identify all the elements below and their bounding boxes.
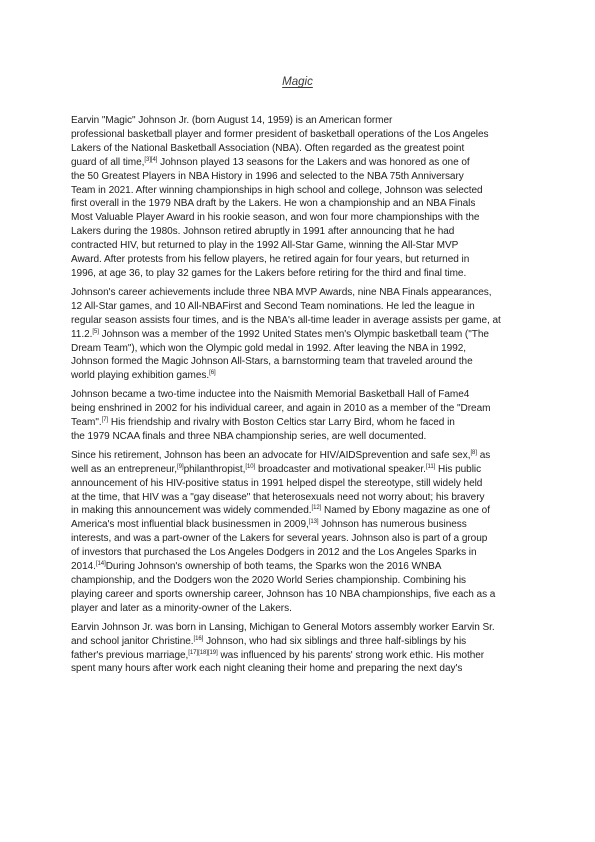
text-run: Dream Team"), which won the Olympic gold… [71, 343, 466, 354]
text-line: Team".[7] His friendship and rivalry wit… [71, 416, 533, 430]
text-line: 2014.[14]During Johnson's ownership of b… [71, 560, 533, 574]
text-run: Earvin Johnson Jr. was born in Lansing, … [71, 622, 495, 633]
text-line: Dream Team"), which won the Olympic gold… [71, 342, 533, 356]
text-run: first overall in the 1979 NBA draft by t… [71, 198, 475, 209]
text-run: His friendship and rivalry with Boston C… [108, 417, 455, 428]
text-run: Most Valuable Player Award in his rookie… [71, 212, 479, 223]
text-line: Johnson's career achievements include th… [71, 286, 533, 300]
text-run: Johnson has numerous business [319, 519, 467, 530]
text-run: 2014. [71, 561, 96, 572]
text-run: the 1979 NCAA finals and three NBA champ… [71, 431, 426, 442]
text-line: contracted HIV, but returned to play in … [71, 239, 533, 253]
text-run: Johnson's career achievements include th… [71, 287, 491, 298]
text-line: Johnson became a two-time inductee into … [71, 388, 533, 402]
text-run: Earvin "Magic" Johnson Jr. (born August … [71, 115, 392, 126]
text-run: was influenced by his parents' strong wo… [218, 650, 484, 661]
text-run: His public [435, 464, 481, 475]
text-run: player and later as a minority-owner of … [71, 603, 292, 614]
text-run: Johnson, who had six siblings and three … [203, 636, 466, 647]
text-line: world playing exhibition games.[6] [71, 369, 533, 383]
text-run: Johnson formed the Magic Johnson All-Sta… [71, 356, 473, 367]
text-run: America's most influential black busines… [71, 519, 309, 530]
text-line: Award. After protests from his fellow pl… [71, 253, 533, 267]
citation-link[interactable]: [6] [209, 370, 216, 376]
text-line: 1996, at age 36, to play 32 games for th… [71, 267, 533, 281]
text-run: Lakers of the National Basketball Associ… [71, 143, 464, 154]
text-line: being enshrined in 2002 for his individu… [71, 402, 533, 416]
citation-link[interactable]: [10] [245, 464, 255, 470]
text-line: Since his retirement, Johnson has been a… [71, 449, 533, 463]
text-line: player and later as a minority-owner of … [71, 602, 533, 616]
paragraph: Johnson's career achievements include th… [71, 286, 533, 383]
text-line: 12 All-Star games, and 10 All-NBAFirst a… [71, 300, 533, 314]
text-line: 11.2.[5] Johnson was a member of the 199… [71, 328, 533, 342]
text-run: of investors that purchased the Los Ange… [71, 547, 477, 558]
text-run: Johnson became a two-time inductee into … [71, 389, 469, 400]
text-line: father's previous marriage,[17][18][19] … [71, 649, 533, 663]
text-run: well as an entrepreneur, [71, 464, 177, 475]
text-run: 1996, at age 36, to play 32 games for th… [71, 268, 466, 279]
text-run: father's previous marriage, [71, 650, 188, 661]
text-run: professional basketball player and forme… [71, 129, 488, 140]
document-page: Magic Earvin "Magic" Johnson Jr. (born A… [0, 0, 595, 842]
text-run: Team in 2021. After winning championship… [71, 185, 483, 196]
text-line: Earvin "Magic" Johnson Jr. (born August … [71, 114, 533, 128]
text-run: interests, and was a part-owner of the L… [71, 533, 487, 544]
text-run: at the time, that HIV was a "gay disease… [71, 492, 484, 503]
text-run: the 50 Greatest Players in NBA History i… [71, 171, 464, 182]
citation-link[interactable]: [17][18][19] [188, 650, 217, 656]
text-line: Johnson formed the Magic Johnson All-Sta… [71, 355, 533, 369]
paragraph: Johnson became a two-time inductee into … [71, 388, 533, 444]
citation-link[interactable]: [11] [426, 464, 435, 470]
text-line: Lakers of the National Basketball Associ… [71, 142, 533, 156]
text-run: Since his retirement, Johnson has been a… [71, 450, 470, 461]
text-run: Johnson was a member of the 1992 United … [99, 329, 489, 340]
text-line: interests, and was a part-owner of the L… [71, 532, 533, 546]
document-body: Earvin "Magic" Johnson Jr. (born August … [71, 114, 533, 681]
text-line: well as an entrepreneur,[9]philanthropis… [71, 463, 533, 477]
text-line: the 1979 NCAA finals and three NBA champ… [71, 430, 533, 444]
text-run: as [477, 450, 490, 461]
text-run: playing career and sports ownership care… [71, 589, 495, 600]
text-run: During Johnson's ownership of both teams… [106, 561, 442, 572]
text-run: spent many hours after work each night c… [71, 663, 462, 674]
text-run: Johnson played 13 seasons for the Lakers… [157, 157, 469, 168]
text-run: 12 All-Star games, and 10 All-NBAFirst a… [71, 301, 475, 312]
text-line: championship, and the Dodgers won the 20… [71, 574, 533, 588]
text-run: philanthropist, [184, 464, 246, 475]
citation-link[interactable]: [12] [311, 505, 321, 511]
text-line: the 50 Greatest Players in NBA History i… [71, 170, 533, 184]
text-line: in making this announcement was widely c… [71, 504, 533, 518]
text-line: at the time, that HIV was a "gay disease… [71, 491, 533, 505]
text-run: 11.2. [71, 329, 92, 340]
text-line: playing career and sports ownership care… [71, 588, 533, 602]
text-run: Lakers during the 1980s. Johnson retired… [71, 226, 454, 237]
text-run: Named by Ebony magazine as one of [321, 505, 490, 516]
text-line: regular season assists four times, and i… [71, 314, 533, 328]
text-line: spent many hours after work each night c… [71, 662, 533, 676]
text-run: and school janitor Christine. [71, 636, 194, 647]
text-line: guard of all time,[3][4] Johnson played … [71, 156, 533, 170]
citation-link[interactable]: [3][4] [144, 157, 157, 163]
text-line: Team in 2021. After winning championship… [71, 184, 533, 198]
text-line: of investors that purchased the Los Ange… [71, 546, 533, 560]
text-run: Award. After protests from his fellow pl… [71, 254, 469, 265]
text-run: regular season assists four times, and i… [71, 315, 501, 326]
text-line: first overall in the 1979 NBA draft by t… [71, 197, 533, 211]
text-run: broadcaster and motivational speaker. [255, 464, 426, 475]
text-line: professional basketball player and forme… [71, 128, 533, 142]
paragraph: Earvin Johnson Jr. was born in Lansing, … [71, 621, 533, 677]
citation-link[interactable]: [13] [309, 519, 319, 525]
text-line: America's most influential black busines… [71, 518, 533, 532]
paragraph: Since his retirement, Johnson has been a… [71, 449, 533, 616]
citation-link[interactable]: [16] [194, 636, 204, 642]
text-line: Most Valuable Player Award in his rookie… [71, 211, 533, 225]
document-title: Magic [0, 76, 595, 88]
text-run: contracted HIV, but returned to play in … [71, 240, 458, 251]
text-line: Lakers during the 1980s. Johnson retired… [71, 225, 533, 239]
text-run: being enshrined in 2002 for his individu… [71, 403, 490, 414]
text-run: championship, and the Dodgers won the 20… [71, 575, 466, 586]
text-line: announcement of his HIV-positive status … [71, 477, 533, 491]
text-run: in making this announcement was widely c… [71, 505, 311, 516]
citation-link[interactable]: [14] [96, 561, 106, 567]
text-run: announcement of his HIV-positive status … [71, 478, 482, 489]
text-line: Earvin Johnson Jr. was born in Lansing, … [71, 621, 533, 635]
text-line: and school janitor Christine.[16] Johnso… [71, 635, 533, 649]
text-run: guard of all time, [71, 157, 144, 168]
text-run: world playing exhibition games. [71, 370, 209, 381]
paragraph: Earvin "Magic" Johnson Jr. (born August … [71, 114, 533, 281]
text-run: Team". [71, 417, 102, 428]
